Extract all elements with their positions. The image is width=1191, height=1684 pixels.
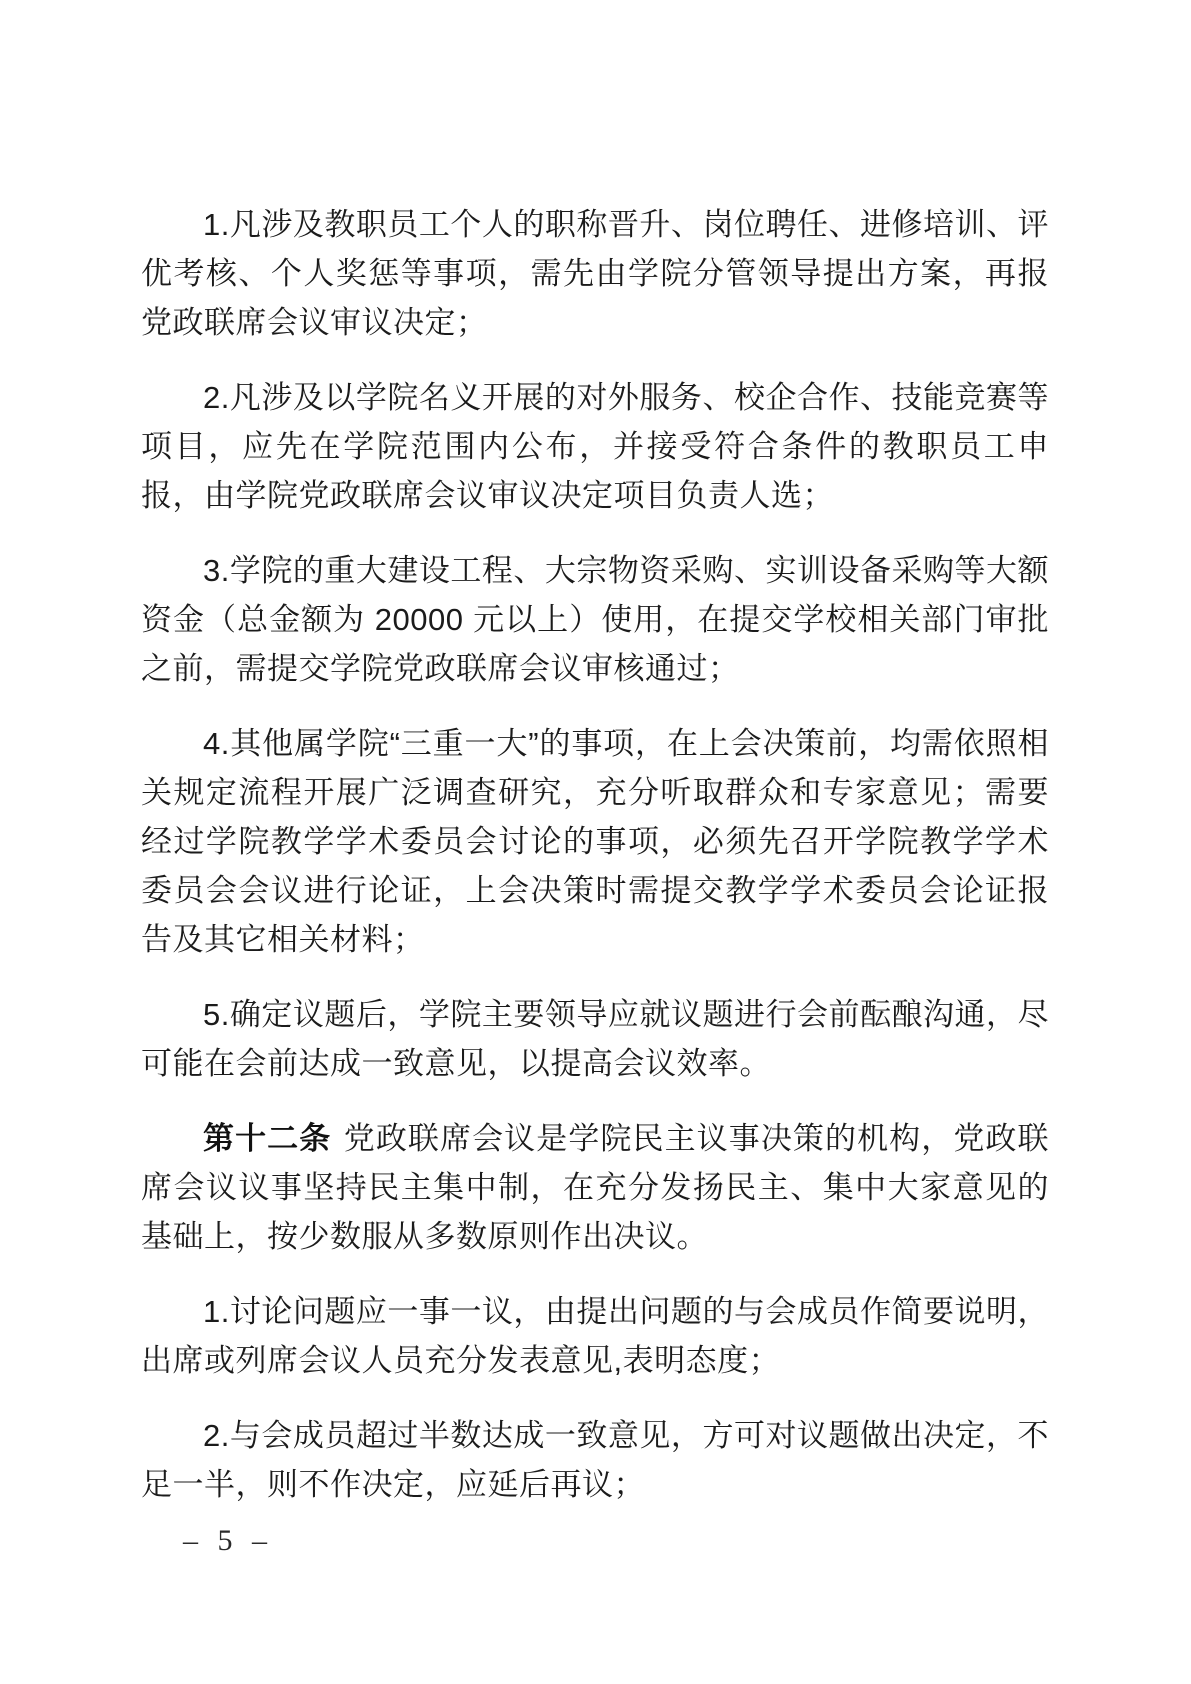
paragraph-item-5: 5.确定议题后，学院主要领导应就议题进行会前酝酿沟通，尽可能在会前达成一致意见，… — [141, 990, 1049, 1088]
paragraph-article-12: 第十二条党政联席会议是学院民主议事决策的机构，党政联席会议议事坚持民主集中制，在… — [141, 1114, 1049, 1261]
page-number: – 5 – — [183, 1524, 273, 1557]
paragraph-item-1: 1.凡涉及教职员工个人的职称晋升、岗位聘任、进修培训、评优考核、个人奖惩等事项，… — [141, 200, 1049, 347]
paragraph-item-7: 2.与会成员超过半数达成一致意见，方可对议题做出决定，不足一半，则不作决定，应延… — [141, 1411, 1049, 1509]
article-12-label: 第十二条 — [203, 1121, 331, 1156]
document-page: 1.凡涉及教职员工个人的职称晋升、岗位聘任、进修培训、评优考核、个人奖惩等事项，… — [0, 0, 1191, 1684]
document-body: 1.凡涉及教职员工个人的职称晋升、岗位聘任、进修培训、评优考核、个人奖惩等事项，… — [141, 200, 1049, 1535]
paragraph-item-6: 1.讨论问题应一事一议，由提出问题的与会成员作简要说明，出席或列席会议人员充分发… — [141, 1287, 1049, 1385]
paragraph-item-2: 2.凡涉及以学院名义开展的对外服务、校企合作、技能竞赛等项目，应先在学院范围内公… — [141, 373, 1049, 520]
paragraph-item-4: 4.其他属学院“三重一大”的事项，在上会决策前，均需依照相关规定流程开展广泛调查… — [141, 719, 1049, 964]
paragraph-item-3: 3.学院的重大建设工程、大宗物资采购、实训设备采购等大额资金（总金额为 2000… — [141, 546, 1049, 693]
page-footer: – 5 – — [183, 1524, 273, 1558]
